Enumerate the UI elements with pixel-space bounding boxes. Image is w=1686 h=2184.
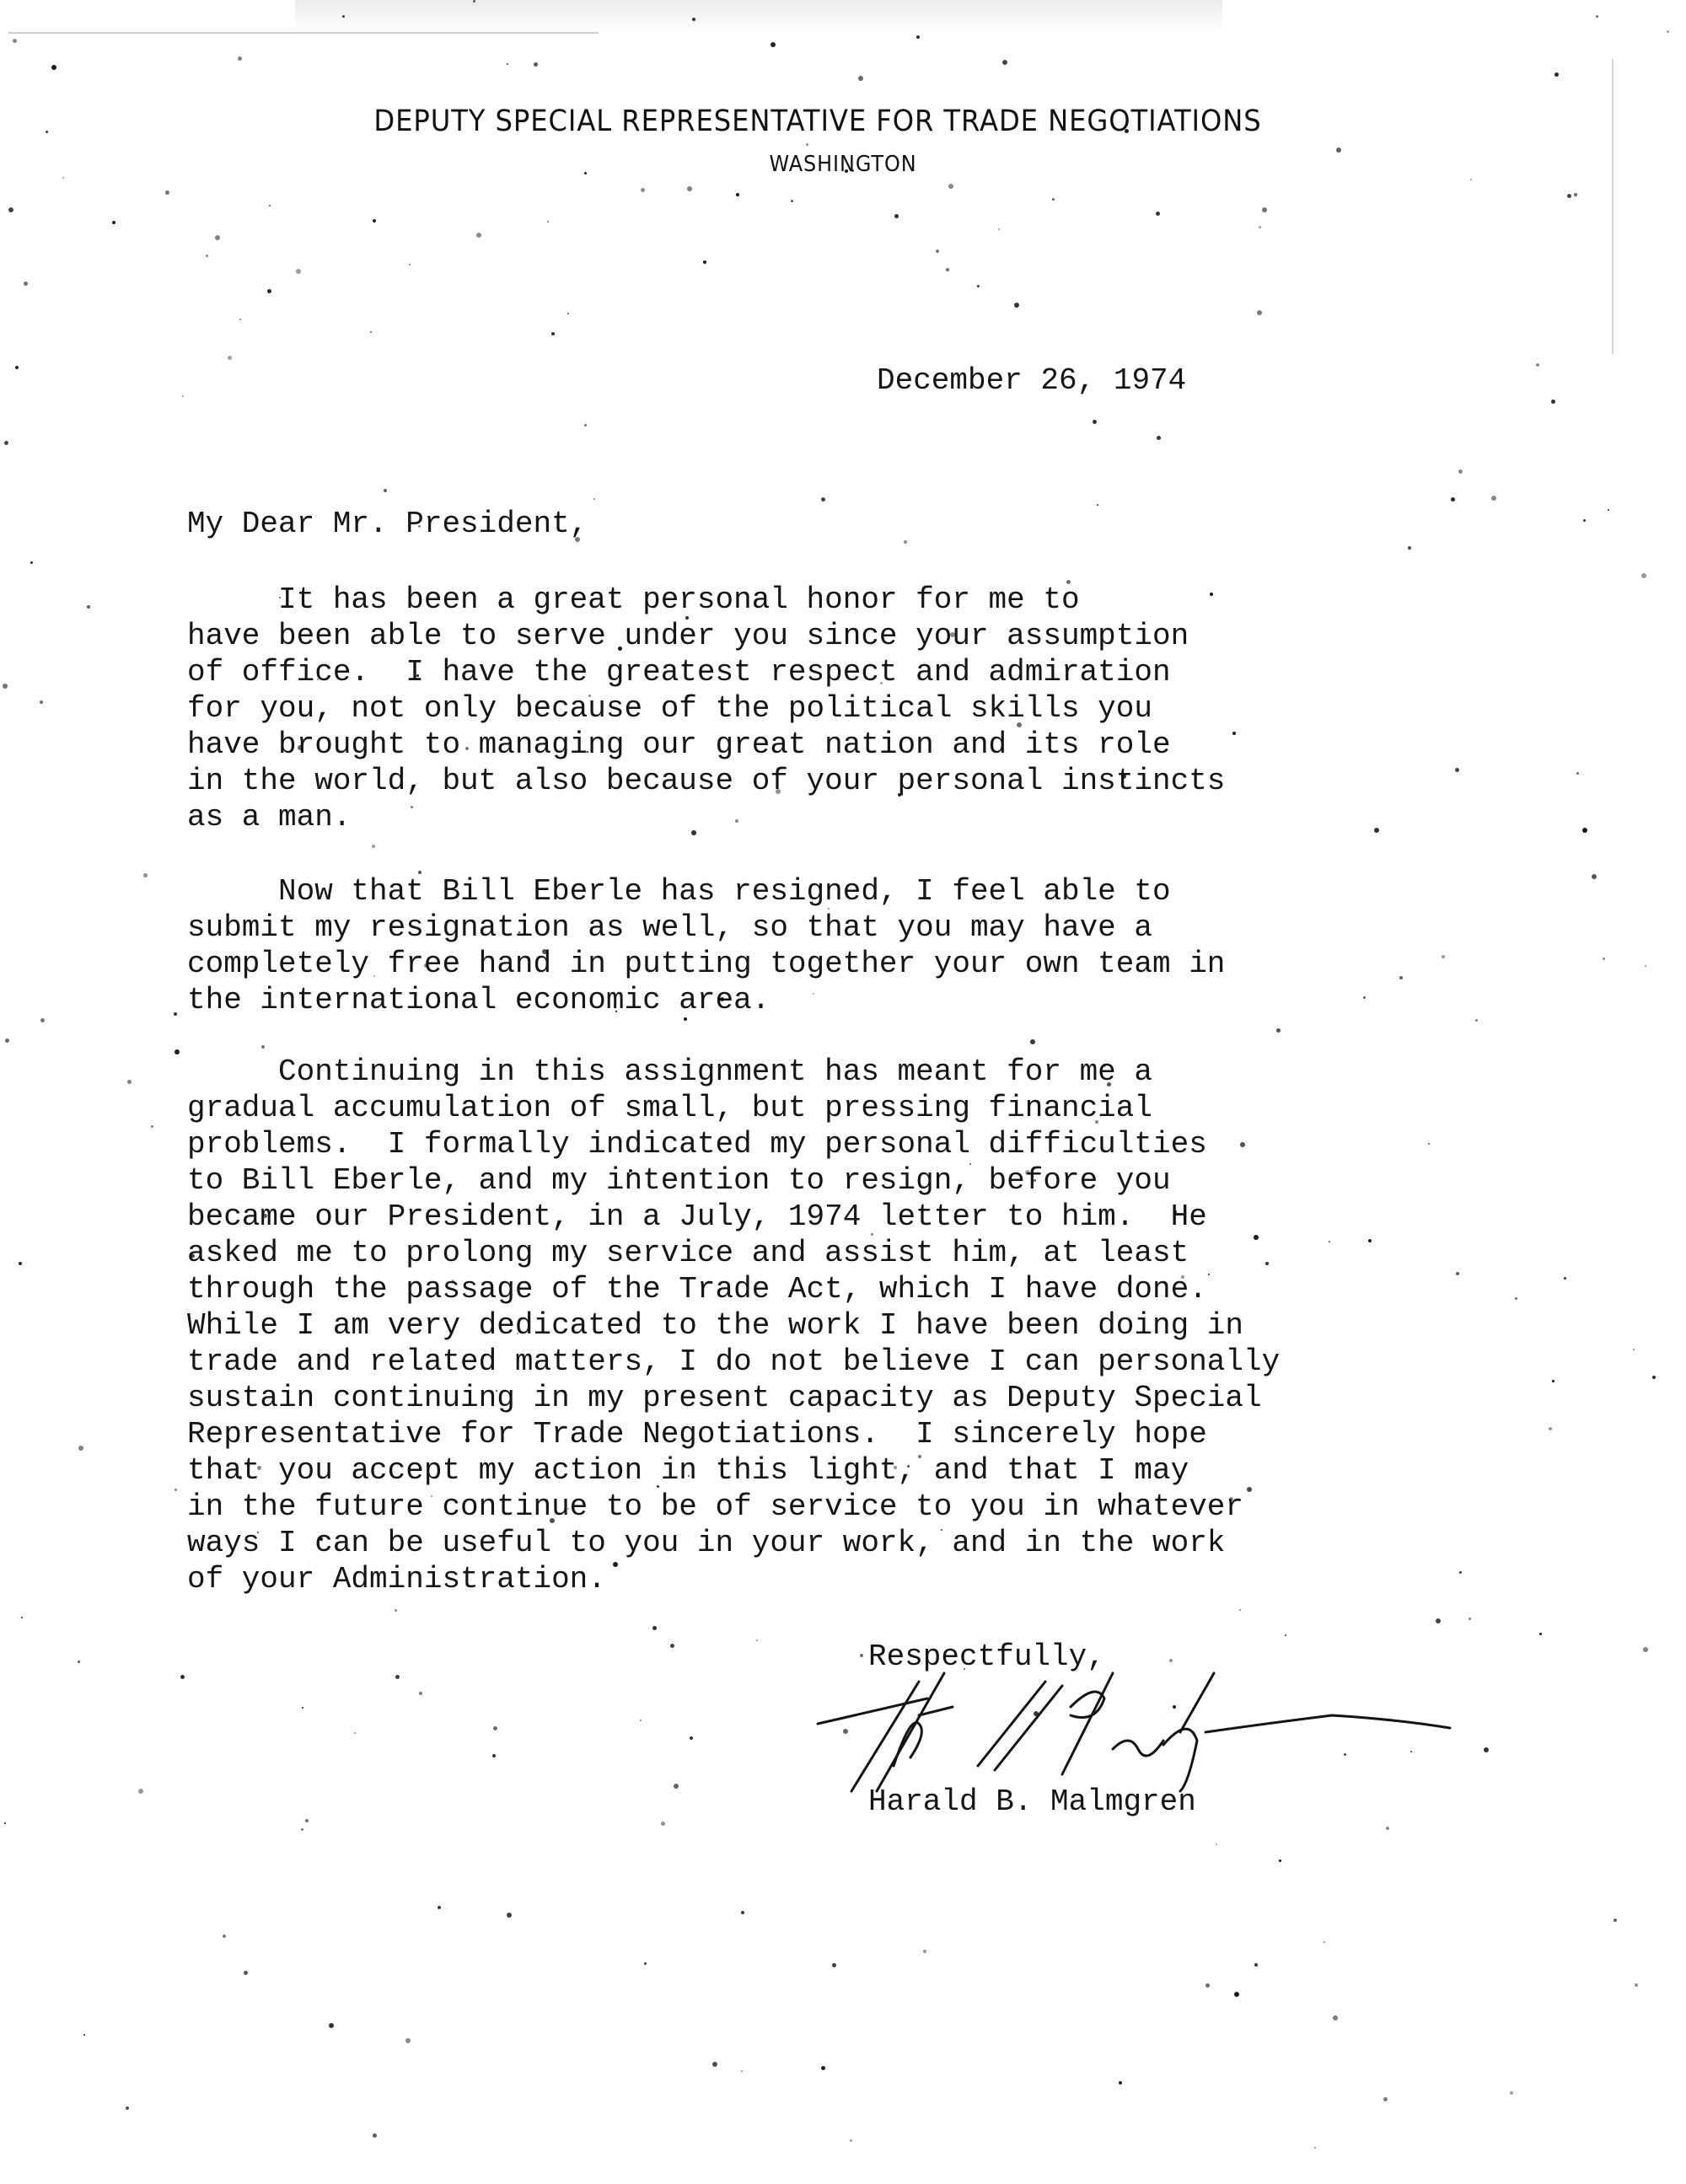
text-line: Representative for Trade Negotiations. I… xyxy=(187,1416,1280,1452)
salutation: My Dear Mr. President, xyxy=(187,506,588,542)
text-line: became our President, in a July, 1974 le… xyxy=(187,1199,1280,1235)
text-line: to Bill Eberle, and my intention to resi… xyxy=(187,1162,1280,1199)
text-line: asked me to prolong my service and assis… xyxy=(187,1235,1280,1271)
text-line: submit my resignation as well, so that y… xyxy=(187,910,1225,946)
paragraph-2: Now that Bill Eberle has resigned, I fee… xyxy=(187,873,1225,1018)
text-line: for you, not only because of the politic… xyxy=(187,690,1225,727)
letterhead-title: DEPUTY SPECIAL REPRESENTATIVE FOR TRADE … xyxy=(42,105,1593,138)
text-line: the international economic area. xyxy=(187,982,1225,1018)
text-line: completely free hand in putting together… xyxy=(187,946,1225,982)
letter-date: December 26, 1974 xyxy=(877,362,1186,399)
scan-shadow xyxy=(295,0,1222,34)
text-line: of your Administration. xyxy=(187,1561,1280,1597)
text-line: as a man. xyxy=(187,799,1225,835)
letterhead-city: WASHINGTON xyxy=(67,152,1619,177)
text-line: in the future continue to be of service … xyxy=(187,1489,1280,1525)
text-line: Now that Bill Eberle has resigned, I fee… xyxy=(187,873,1225,910)
paper-edge-right xyxy=(1612,59,1614,354)
text-line: gradual accumulation of small, but press… xyxy=(187,1090,1280,1126)
paragraph-1: It has been a great personal honor for m… xyxy=(187,582,1225,835)
signer-name: Harald B. Malmgren xyxy=(868,1784,1196,1820)
text-line: have been able to serve under you since … xyxy=(187,618,1225,654)
text-line: Continuing in this assignment has meant … xyxy=(187,1054,1280,1090)
text-line: through the passage of the Trade Act, wh… xyxy=(187,1271,1280,1307)
text-line: in the world, but also because of your p… xyxy=(187,763,1225,799)
text-line: sustain continuing in my present capacit… xyxy=(187,1380,1280,1416)
text-line: have brought to managing our great natio… xyxy=(187,727,1225,763)
text-line: trade and related matters, I do not beli… xyxy=(187,1344,1280,1380)
text-line: ways I can be useful to you in your work… xyxy=(187,1525,1280,1561)
text-line: It has been a great personal honor for m… xyxy=(187,582,1225,618)
text-line: that you accept my action in this light,… xyxy=(187,1452,1280,1489)
text-line: problems. I formally indicated my person… xyxy=(187,1126,1280,1162)
paper-edge-top xyxy=(8,32,599,34)
text-line: of office. I have the greatest respect a… xyxy=(187,654,1225,690)
letter-page: DEPUTY SPECIAL REPRESENTATIVE FOR TRADE … xyxy=(0,0,1686,2184)
paragraph-3: Continuing in this assignment has meant … xyxy=(187,1054,1280,1597)
text-line: While I am very dedicated to the work I … xyxy=(187,1307,1280,1344)
